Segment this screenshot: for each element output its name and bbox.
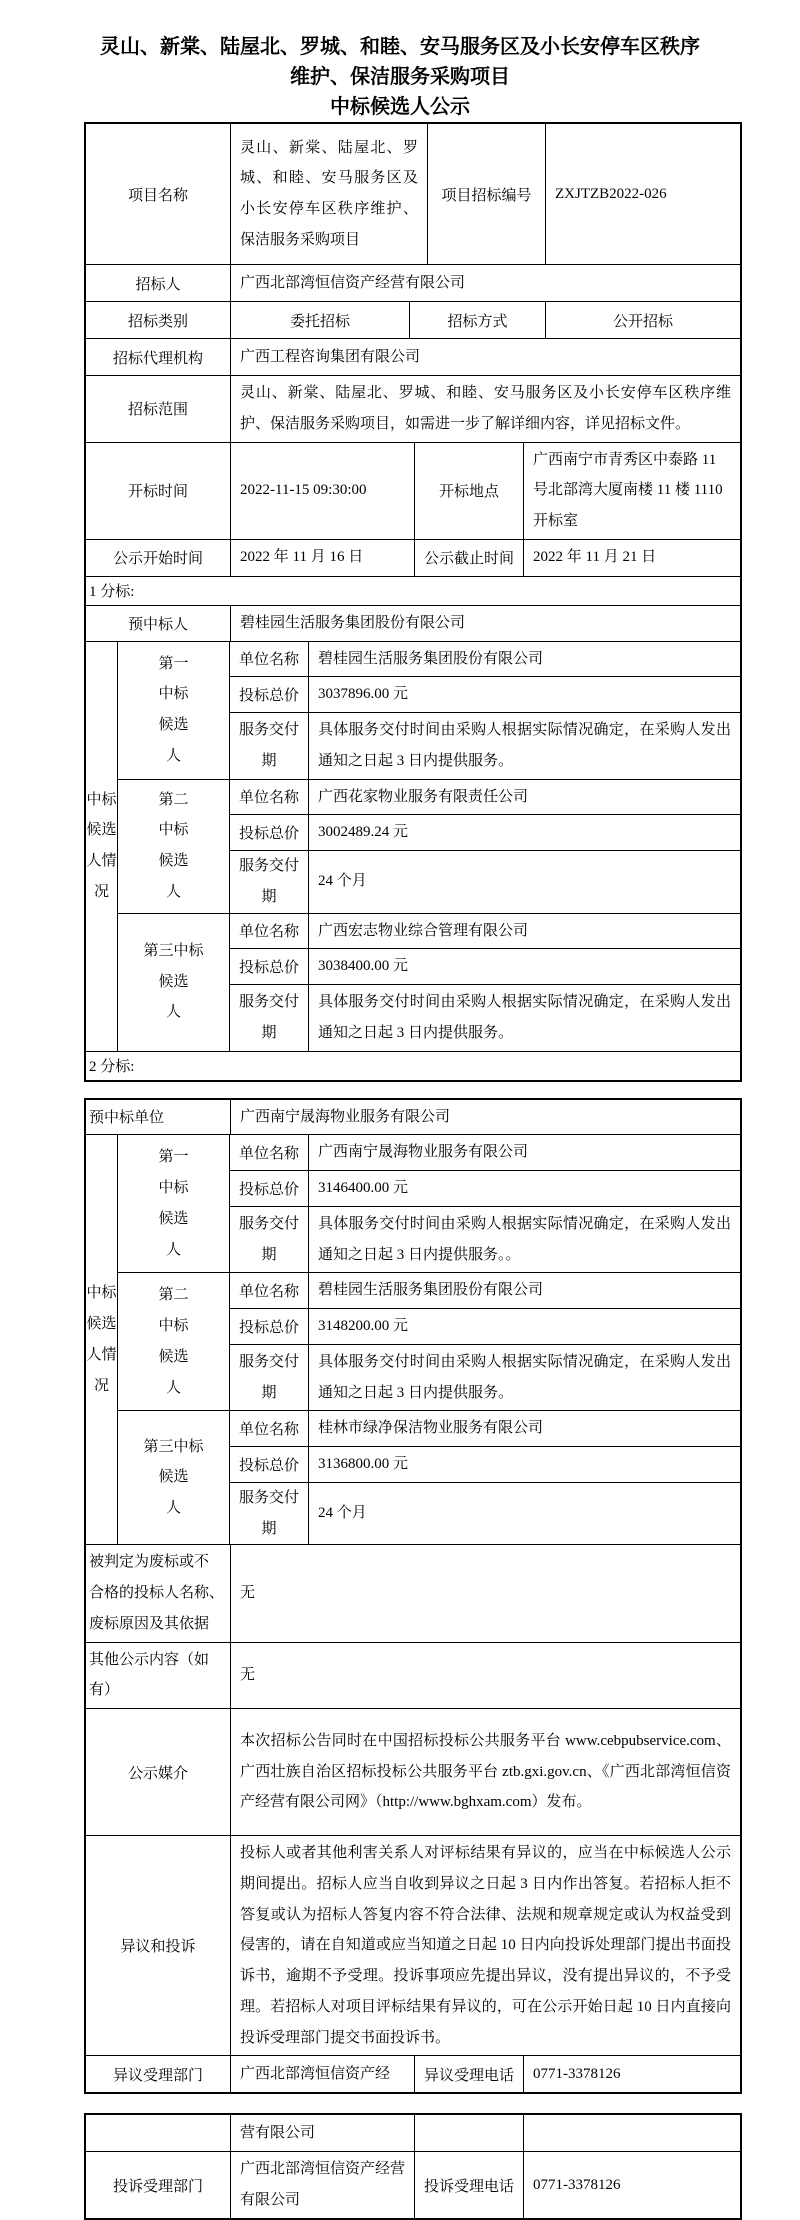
table-row: 投标总价 3148200.00 元 <box>230 1309 740 1345</box>
delivery-label: 服务交付 期 <box>230 985 309 1051</box>
table-row: 单位名称 广西花家物业服务有限责任公司 <box>230 780 740 816</box>
lot2-candidates-main: 第一 中标 候选 人 单位名称 广西南宁晟海物业服务有限公司 投标总价 3146… <box>118 1135 740 1544</box>
lot1-prewinner-value: 碧桂园生活服务集团股份有限公司 <box>231 606 740 641</box>
unit-name-value: 碧桂园生活服务集团股份有限公司 <box>309 642 740 677</box>
publicity-media-label: 公示媒介 <box>86 1709 231 1835</box>
unit-name-value: 碧桂园生活服务集团股份有限公司 <box>309 1273 740 1308</box>
delivery-label: 服务交付 期 <box>230 851 309 913</box>
project-name-value: 灵山、新棠、陆屋北、罗城、和睦、安马服务区及小长安停车区秩序维护、保洁服务采购项… <box>231 124 428 264</box>
open-place-value: 广西南宁市青秀区中泰路 11 号北部湾大厦南楼 11 楼 1110 开标室 <box>524 443 740 539</box>
lot1-prewinner-row: 预中标人 碧桂园生活服务集团股份有限公司 <box>86 606 740 642</box>
page-title-line-1: 灵山、新棠、陆屋北、罗城、和睦、安马服务区及小长安停车区秩序 <box>0 32 800 62</box>
complaint-dept-value: 广西北部湾恒信资产经营有限公司 <box>231 2152 415 2218</box>
lot1-candidates-main: 第一 中标 候选 人 单位名称 碧桂园生活服务集团股份有限公司 投标总价 303… <box>118 642 740 1051</box>
rejected-bids-row: 被判定为废标或不 合格的投标人名称、 废标原因及其依据 无 <box>86 1545 740 1642</box>
lot1-candidate-3-rank: 第三中标 候选 人 <box>118 914 230 1051</box>
table-row: 单位名称 广西宏志物业综合管理有限公司 <box>230 914 740 950</box>
lot1-candidate-2-rank: 第二 中标 候选 人 <box>118 780 230 913</box>
bid-price-label: 投标总价 <box>230 677 309 712</box>
delivery-value: 具体服务交付时间由采购人根据实际情况确定，在采购人发出通知之日起 3 日内提供服… <box>309 1345 740 1411</box>
lot2-table: 预中标单位 广西南宁晟海物业服务有限公司 中标 候选 人情 况 第一 中标 候选… <box>84 1098 742 2095</box>
table-row: 单位名称 广西南宁晟海物业服务有限公司 <box>230 1135 740 1171</box>
table-row: 服务交付 期 具体服务交付时间由采购人根据实际情况确定，在采购人发出通知之日起 … <box>230 985 740 1051</box>
bid-method-label: 招标方式 <box>410 302 546 338</box>
delivery-label: 服务交付 期 <box>230 1207 309 1273</box>
objection-complaint-row: 异议和投诉 投标人或者其他利害关系人对评标结果有异议的，应当在中标候选人公示期间… <box>86 1836 740 2056</box>
table-row: 单位名称 碧桂园生活服务集团股份有限公司 <box>230 642 740 678</box>
carryover-empty-cell-1 <box>86 2115 231 2151</box>
delivery-value: 具体服务交付时间由采购人根据实际情况确定，在采购人发出通知之日起 3 日内提供服… <box>309 1207 740 1273</box>
agency-row: 招标代理机构 广西工程咨询集团有限公司 <box>86 339 740 376</box>
bid-method-value: 公开招标 <box>546 302 740 338</box>
unit-name-label: 单位名称 <box>230 642 309 677</box>
table-row: 单位名称 碧桂园生活服务集团股份有限公司 <box>230 1273 740 1309</box>
lot2-candidate-3-rank: 第三中标 候选 人 <box>118 1411 230 1544</box>
table-row: 服务交付 期 24 个月 <box>230 851 740 913</box>
rejected-bids-value: 无 <box>231 1545 740 1641</box>
lot2-candidates-side-label: 中标 候选 人情 况 <box>86 1135 118 1544</box>
complaint-dept-label: 投诉受理部门 <box>86 2152 231 2218</box>
other-content-label: 其他公示内容（如 有） <box>86 1643 231 1709</box>
unit-name-value: 广西南宁晟海物业服务有限公司 <box>309 1135 740 1170</box>
bid-price-value: 3148200.00 元 <box>309 1309 740 1344</box>
delivery-label: 服务交付 期 <box>230 1483 309 1545</box>
lot2-prewinner-label: 预中标单位 <box>86 1100 231 1135</box>
delivery-label: 服务交付 期 <box>230 1345 309 1411</box>
tenderee-label: 招标人 <box>86 265 231 301</box>
objection-tel-label: 异议受理电话 <box>415 2056 524 2092</box>
delivery-value: 具体服务交付时间由采购人根据实际情况确定，在采购人发出通知之日起 3 日内提供服… <box>309 985 740 1051</box>
announcement-document: 灵山、新棠、陆屋北、罗城、和睦、安马服务区及小长安停车区秩序 维护、保洁服务采购… <box>0 0 800 2220</box>
complaint-dept-row: 投诉受理部门 广西北部湾恒信资产经营有限公司 投诉受理电话 0771-33781… <box>86 2152 740 2218</box>
objection-dept-label: 异议受理部门 <box>86 2056 231 2092</box>
lot1-candidates-side-label: 中标 候选 人情 况 <box>86 642 118 1051</box>
other-content-row: 其他公示内容（如 有） 无 <box>86 1643 740 1710</box>
bid-price-value: 3136800.00 元 <box>309 1447 740 1482</box>
lot1-candidates-section: 中标 候选 人情 况 第一 中标 候选 人 单位名称 碧桂园生活服务集团股份有限… <box>86 642 740 1052</box>
table-row: 投标总价 3146400.00 元 <box>230 1171 740 1207</box>
lot2-candidate-3: 第三中标 候选 人 单位名称 桂林市绿净保洁物业服务有限公司 投标总价 3136… <box>118 1411 740 1544</box>
lot2-prewinner-value: 广西南宁晟海物业服务有限公司 <box>231 1100 740 1135</box>
page-title-line-3: 中标候选人公示 <box>0 92 800 122</box>
table-row: 投标总价 3136800.00 元 <box>230 1447 740 1483</box>
bid-price-label: 投标总价 <box>230 949 309 984</box>
open-time-label: 开标时间 <box>86 443 231 539</box>
bid-price-value: 3146400.00 元 <box>309 1171 740 1206</box>
bid-price-label: 投标总价 <box>230 815 309 850</box>
lot1-candidate-1: 第一 中标 候选 人 单位名称 碧桂园生活服务集团股份有限公司 投标总价 303… <box>118 642 740 780</box>
publicity-start-label: 公示开始时间 <box>86 540 231 576</box>
unit-name-label: 单位名称 <box>230 1273 309 1308</box>
bid-price-label: 投标总价 <box>230 1171 309 1206</box>
unit-name-label: 单位名称 <box>230 1135 309 1170</box>
lot1-candidate-1-rank: 第一 中标 候选 人 <box>118 642 230 779</box>
bid-price-value: 3037896.00 元 <box>309 677 740 712</box>
table-row: 投标总价 3002489.24 元 <box>230 815 740 851</box>
lot1-heading: 1 分标: <box>86 577 740 605</box>
scope-label: 招标范围 <box>86 376 231 442</box>
delivery-value: 24 个月 <box>309 1483 740 1545</box>
publicity-start-value: 2022 年 11 月 16 日 <box>231 540 415 576</box>
unit-name-value: 广西宏志物业综合管理有限公司 <box>309 914 740 949</box>
tenderee-value: 广西北部湾恒信资产经营有限公司 <box>231 265 740 301</box>
bid-category-row: 招标类别 委托招标 招标方式 公开招标 <box>86 302 740 339</box>
scope-row: 招标范围 灵山、新棠、陆屋北、罗城、和睦、安马服务区及小长安停车区秩序维护、保洁… <box>86 376 740 443</box>
unit-name-label: 单位名称 <box>230 1411 309 1446</box>
delivery-value: 具体服务交付时间由采购人根据实际情况确定，在采购人发出通知之日起 3 日内提供服… <box>309 713 740 779</box>
delivery-label: 服务交付 期 <box>230 713 309 779</box>
complaint-table: 营有限公司 投诉受理部门 广西北部湾恒信资产经营有限公司 投诉受理电话 0771… <box>84 2113 742 2220</box>
lot2-candidate-2-rank: 第二 中标 候选 人 <box>118 1273 230 1410</box>
open-time-value: 2022-11-15 09:30:00 <box>231 443 415 539</box>
objection-dept-row: 异议受理部门 广西北部湾恒信资产经 异议受理电话 0771-3378126 <box>86 2056 740 2092</box>
lot2-heading-row: 2 分标: <box>86 1052 740 1080</box>
lot2-heading: 2 分标: <box>86 1052 740 1080</box>
objection-complaint-value: 投标人或者其他利害关系人对评标结果有异议的，应当在中标候选人公示期间提出。招标人… <box>231 1836 740 2055</box>
lot2-candidate-2: 第二 中标 候选 人 单位名称 碧桂园生活服务集团股份有限公司 投标总价 314… <box>118 1273 740 1411</box>
lot1-heading-row: 1 分标: <box>86 577 740 606</box>
carryover-empty-cell-2 <box>415 2115 524 2151</box>
bid-category-value: 委托招标 <box>231 302 410 338</box>
project-name-row: 项目名称 灵山、新棠、陆屋北、罗城、和睦、安马服务区及小长安停车区秩序维护、保洁… <box>86 124 740 265</box>
rejected-bids-label: 被判定为废标或不 合格的投标人名称、 废标原因及其依据 <box>86 1545 231 1641</box>
agency-value: 广西工程咨询集团有限公司 <box>231 339 740 375</box>
table-row: 单位名称 桂林市绿净保洁物业服务有限公司 <box>230 1411 740 1447</box>
publicity-period-row: 公示开始时间 2022 年 11 月 16 日 公示截止时间 2022 年 11… <box>86 540 740 577</box>
unit-name-value: 广西花家物业服务有限责任公司 <box>309 780 740 815</box>
objection-tel-value: 0771-3378126 <box>524 2056 740 2092</box>
table-row: 服务交付 期 具体服务交付时间由采购人根据实际情况确定，在采购人发出通知之日起 … <box>230 1345 740 1411</box>
open-place-label: 开标地点 <box>415 443 524 539</box>
page-title-line-2: 维护、保洁服务采购项目 <box>0 62 800 92</box>
complaint-tel-value: 0771-3378126 <box>524 2152 740 2218</box>
lot1-candidate-2: 第二 中标 候选 人 单位名称 广西花家物业服务有限责任公司 投标总价 3002… <box>118 780 740 914</box>
carryover-row: 营有限公司 <box>86 2115 740 2152</box>
bid-opening-row: 开标时间 2022-11-15 09:30:00 开标地点 广西南宁市青秀区中泰… <box>86 443 740 540</box>
unit-name-value: 桂林市绿净保洁物业服务有限公司 <box>309 1411 740 1446</box>
lot2-candidate-1: 第一 中标 候选 人 单位名称 广西南宁晟海物业服务有限公司 投标总价 3146… <box>118 1135 740 1273</box>
delivery-value: 24 个月 <box>309 851 740 913</box>
table-row: 服务交付 期 具体服务交付时间由采购人根据实际情况确定，在采购人发出通知之日起 … <box>230 1207 740 1273</box>
bid-code-label: 项目招标编号 <box>428 124 546 264</box>
agency-label: 招标代理机构 <box>86 339 231 375</box>
bid-price-label: 投标总价 <box>230 1309 309 1344</box>
unit-name-label: 单位名称 <box>230 914 309 949</box>
unit-name-label: 单位名称 <box>230 780 309 815</box>
lot1-prewinner-label: 预中标人 <box>86 606 231 641</box>
bid-code-value: ZXJTZB2022-026 <box>546 124 740 264</box>
table-row: 投标总价 3038400.00 元 <box>230 949 740 985</box>
bid-price-value: 3038400.00 元 <box>309 949 740 984</box>
main-info-table: 项目名称 灵山、新棠、陆屋北、罗城、和睦、安马服务区及小长安停车区秩序维护、保洁… <box>84 122 742 1082</box>
other-content-value: 无 <box>231 1643 740 1709</box>
bid-price-value: 3002489.24 元 <box>309 815 740 850</box>
lot1-candidate-3: 第三中标 候选 人 单位名称 广西宏志物业综合管理有限公司 投标总价 30384… <box>118 914 740 1051</box>
lot2-candidate-1-rank: 第一 中标 候选 人 <box>118 1135 230 1272</box>
complaint-tel-label: 投诉受理电话 <box>415 2152 524 2218</box>
bid-price-label: 投标总价 <box>230 1447 309 1482</box>
table-row: 服务交付 期 具体服务交付时间由采购人根据实际情况确定，在采购人发出通知之日起 … <box>230 713 740 779</box>
project-name-label: 项目名称 <box>86 124 231 264</box>
carryover-empty-cell-3 <box>524 2115 740 2151</box>
table-row: 服务交付 期 24 个月 <box>230 1483 740 1545</box>
bid-category-label: 招标类别 <box>86 302 231 338</box>
table-row: 投标总价 3037896.00 元 <box>230 677 740 713</box>
objection-complaint-label: 异议和投诉 <box>86 1836 231 2055</box>
lot2-prewinner-row: 预中标单位 广西南宁晟海物业服务有限公司 <box>86 1100 740 1136</box>
scope-value: 灵山、新棠、陆屋北、罗城、和睦、安马服务区及小长安停车区秩序维护、保洁服务采购项… <box>231 376 740 442</box>
publicity-end-label: 公示截止时间 <box>415 540 524 576</box>
publicity-media-row: 公示媒介 本次招标公告同时在中国招标投标公共服务平台 www.cebpubser… <box>86 1709 740 1836</box>
tenderee-row: 招标人 广西北部湾恒信资产经营有限公司 <box>86 265 740 302</box>
carryover-value: 营有限公司 <box>231 2115 415 2151</box>
objection-dept-value: 广西北部湾恒信资产经 <box>231 2056 415 2092</box>
lot2-candidates-section: 中标 候选 人情 况 第一 中标 候选 人 单位名称 广西南宁晟海物业服务有限公… <box>86 1135 740 1545</box>
publicity-end-value: 2022 年 11 月 21 日 <box>524 540 740 576</box>
publicity-media-value: 本次招标公告同时在中国招标投标公共服务平台 www.cebpubservice.… <box>231 1709 740 1835</box>
